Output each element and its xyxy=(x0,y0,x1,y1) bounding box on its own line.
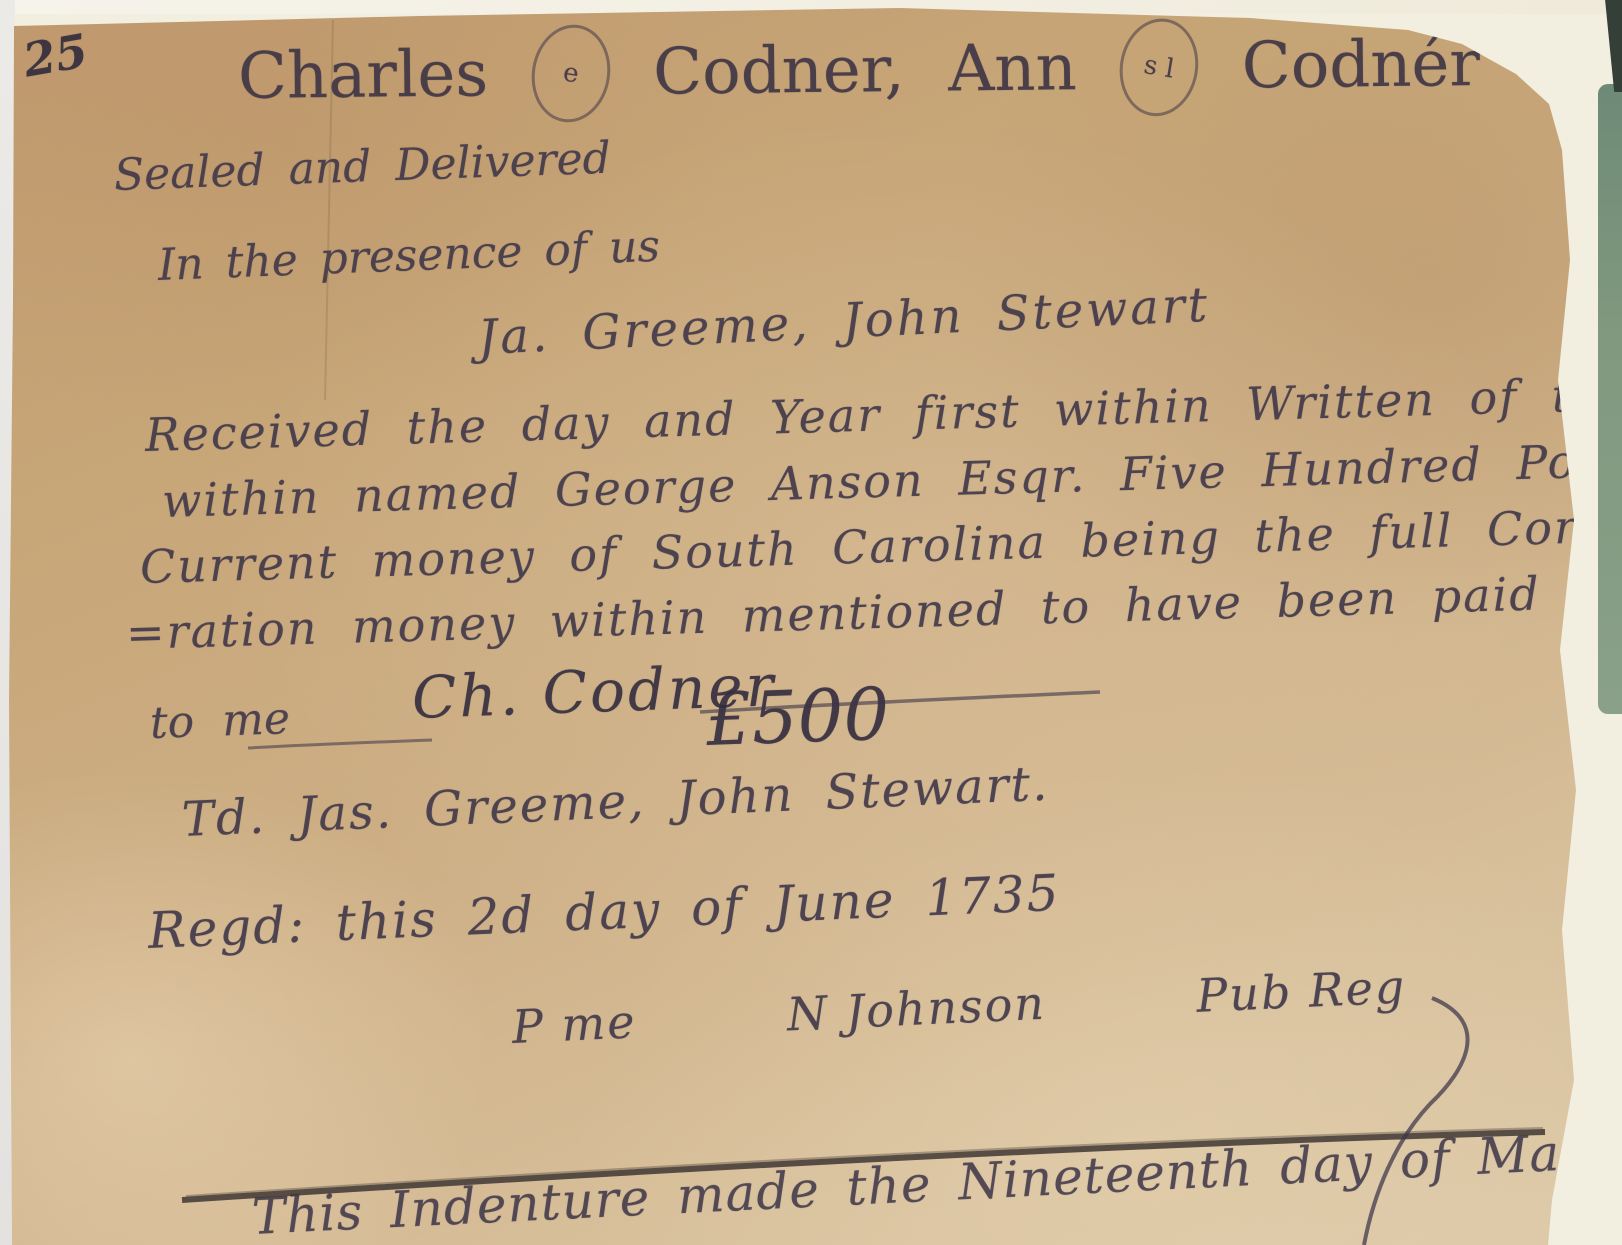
registrar-name: N Johnson xyxy=(786,976,1047,1042)
signatory-surname-2: Codnér xyxy=(1241,27,1480,103)
manuscript-page: 25 Charles e Codner, Ann s l Codnér Seal… xyxy=(0,0,1622,1245)
amount-figure: £500 xyxy=(705,672,891,762)
registrar-line: P me N Johnson Pub Reg xyxy=(511,959,1408,1054)
page-number: 25 xyxy=(19,23,91,87)
attestation-line-1: Sealed and Delivered xyxy=(113,133,611,201)
witnesses-line-top: Ja. Greeme, John Stewart xyxy=(477,277,1211,366)
attestation-line-2: In the presence of us xyxy=(157,221,661,291)
registrar-title: Pub Reg xyxy=(1195,959,1407,1022)
signatory-name-1: Charles xyxy=(238,37,489,114)
signatory-surname-1: Codner, xyxy=(653,33,905,110)
seal-mark-2: s l xyxy=(1113,13,1206,122)
receipt-text-line-5: to me xyxy=(149,693,291,749)
seal-mark-1: e xyxy=(524,19,617,128)
seal-mark-2-label: s l xyxy=(1142,50,1176,84)
next-entry-fragment: This Indenture made the Nineteenth day o… xyxy=(251,1113,1622,1245)
green-cloth-edge xyxy=(1598,84,1622,714)
registrar-prefix: P me xyxy=(511,994,638,1054)
seal-mark-1-label: e xyxy=(561,57,581,89)
photo-scene: 25 Charles e Codner, Ann s l Codnér Seal… xyxy=(0,0,1622,1245)
registration-line: Regd: this 2d day of June 1735 xyxy=(147,864,1062,960)
signature-line: Charles e Codner, Ann s l Codnér xyxy=(237,15,1480,126)
witnesses-line-bottom: Td. Jas. Greeme, John Stewart. xyxy=(181,756,1050,848)
signatory-name-2: Ann xyxy=(948,31,1077,106)
pen-flourish xyxy=(1364,998,1468,1245)
